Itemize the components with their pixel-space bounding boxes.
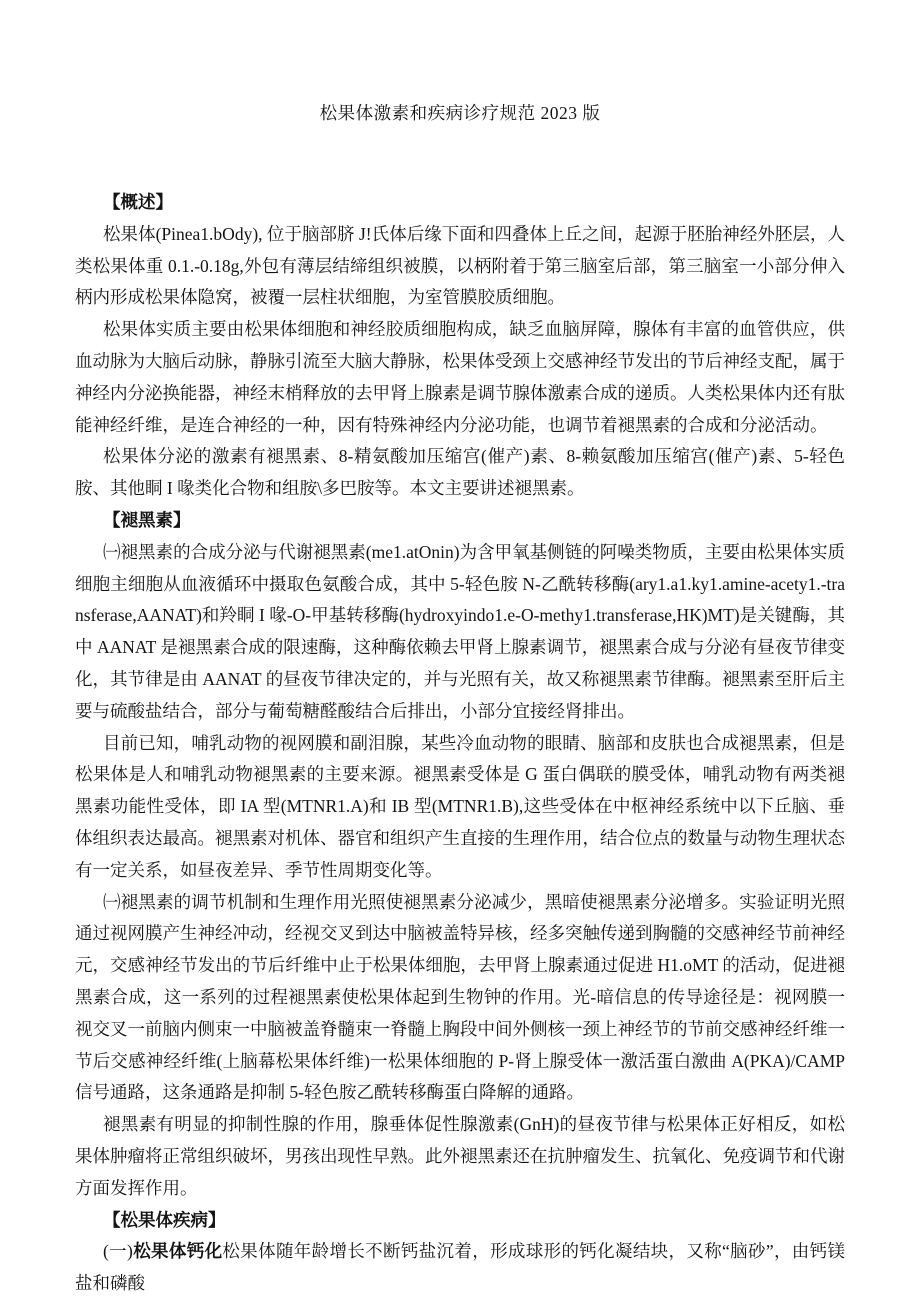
calcification-item-number: (一)	[103, 1241, 133, 1261]
calcification-item-title: 松果体钙化	[133, 1241, 223, 1261]
document-title: 松果体激素和疾病诊疗规范 2023 版	[0, 0, 920, 129]
paragraph-pineal-structure: 松果体实质主要由松果体细胞和神经胶质细胞构成，缺乏血脑屏障，腺体有丰富的血管供应…	[75, 314, 845, 441]
section-heading-pineal-diseases: 【松果体疾病】	[75, 1205, 845, 1237]
paragraph-melatonin-regulation: ㈠褪黑素的调节机制和生理作用光照使褪黑素分泌减少，黑暗使褪黑素分泌增多。实验证明…	[75, 887, 845, 1110]
document-body: 【概述】 松果体(Pinea1.bOdy), 位于脑部脐 J!氏体后缘下面和四叠…	[75, 187, 845, 1300]
section-heading-melatonin: 【褪黑素】	[75, 505, 845, 537]
paragraph-pineal-hormones: 松果体分泌的激素有褪黑素、8-精氨酸加压缩宫(催产)素、8-赖氨酸加压缩宫(催产…	[75, 441, 845, 505]
paragraph-melatonin-gonad-inhibition: 褪黑素有明显的抑制性腺的作用，腺垂体促性腺激素(GnH)的昼夜节律与松果体正好相…	[75, 1109, 845, 1204]
paragraph-melatonin-synthesis: ㈠褪黑素的合成分泌与代谢褪黑素(me1.atOnin)为含甲氧基侧链的阿噪类物质…	[75, 537, 845, 728]
paragraph-pineal-anatomy: 松果体(Pinea1.bOdy), 位于脑部脐 J!氏体后缘下面和四叠体上丘之间…	[75, 219, 845, 314]
section-heading-overview: 【概述】	[75, 187, 845, 219]
paragraph-melatonin-receptors: 目前已知，哺乳动物的视网膜和副泪腺，某些冷血动物的眼睛、脑部和皮肤也合成褪黑素，…	[75, 728, 845, 887]
document-page: 松果体激素和疾病诊疗规范 2023 版 【概述】 松果体(Pinea1.bOdy…	[0, 0, 920, 1301]
paragraph-pineal-calcification: (一)松果体钙化松果体随年龄增长不断钙盐沉着，形成球形的钙化凝结块，又称“脑砂”…	[75, 1236, 845, 1300]
